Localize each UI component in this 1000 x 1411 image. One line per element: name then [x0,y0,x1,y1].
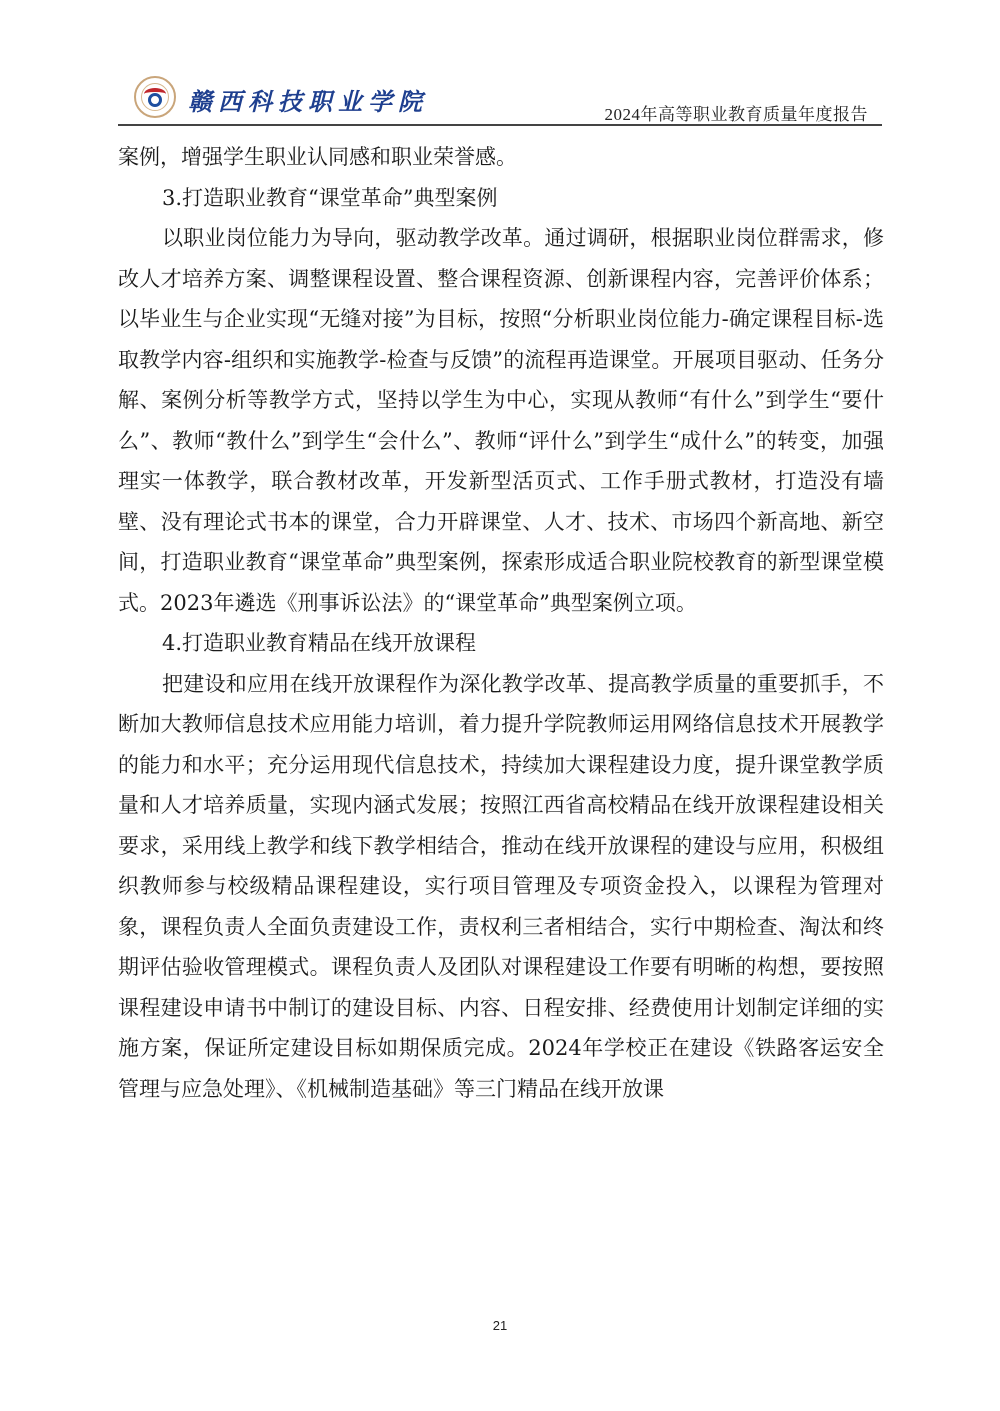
section-heading-4: 4.打造职业教育精品在线开放课程 [118,623,884,664]
school-name: 赣西科技职业学院 [188,82,428,117]
page-number: 21 [0,1318,1000,1333]
paragraph-classroom-revolution: 以职业岗位能力为导向，驱动教学改革。通过调研，根据职业岗位群需求，修改人才培养方… [118,218,884,623]
paragraph-online-courses: 把建设和应用在线开放课程作为深化教学改革、提高教学质量的重要抓手，不断加大教师信… [118,664,884,1110]
document-body: 案例，增强学生职业认同感和职业荣誉感。 3.打造职业教育“课堂革命”典型案例 以… [118,137,884,1109]
paragraph-continuation: 案例，增强学生职业认同感和职业荣誉感。 [118,137,884,178]
section-heading-3: 3.打造职业教育“课堂革命”典型案例 [118,178,884,219]
page-header: 赣西科技职业学院 2024年高等职业教育质量年度报告 [118,70,882,126]
emblem-g-shape [148,93,162,107]
header-divider [118,124,882,126]
report-title: 2024年高等职业教育质量年度报告 [605,100,869,125]
school-emblem-icon [134,76,176,118]
